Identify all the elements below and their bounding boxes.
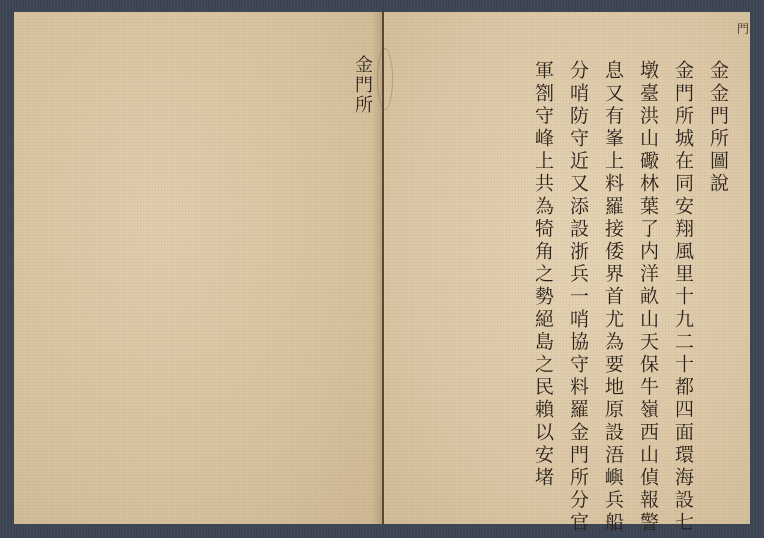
text-column-3: 息又有峯上料羅接倭界首尤為要地原設浯嶼兵船 (603, 60, 623, 535)
text-column-2: 墩臺洪山礮林葉了内洋畝山天保牛嶺西山偵報警 (638, 60, 658, 535)
left-page-label: 金門所 (349, 55, 375, 115)
left-page (14, 12, 383, 524)
text-column-title: 金金門所圖說 (708, 60, 728, 196)
binding-mark (377, 48, 393, 110)
text-column-5: 軍劄守峰上共為犄角之勢絕島之民賴以安堵 (533, 60, 553, 489)
text-column-4: 分哨防守近又添設浙兵一哨協守料羅金門所分官 (568, 60, 588, 535)
corner-mark: 門 (737, 20, 749, 37)
text-column-1: 金門所城在同安翔風里十九二十都四面環海設七 (673, 60, 693, 535)
